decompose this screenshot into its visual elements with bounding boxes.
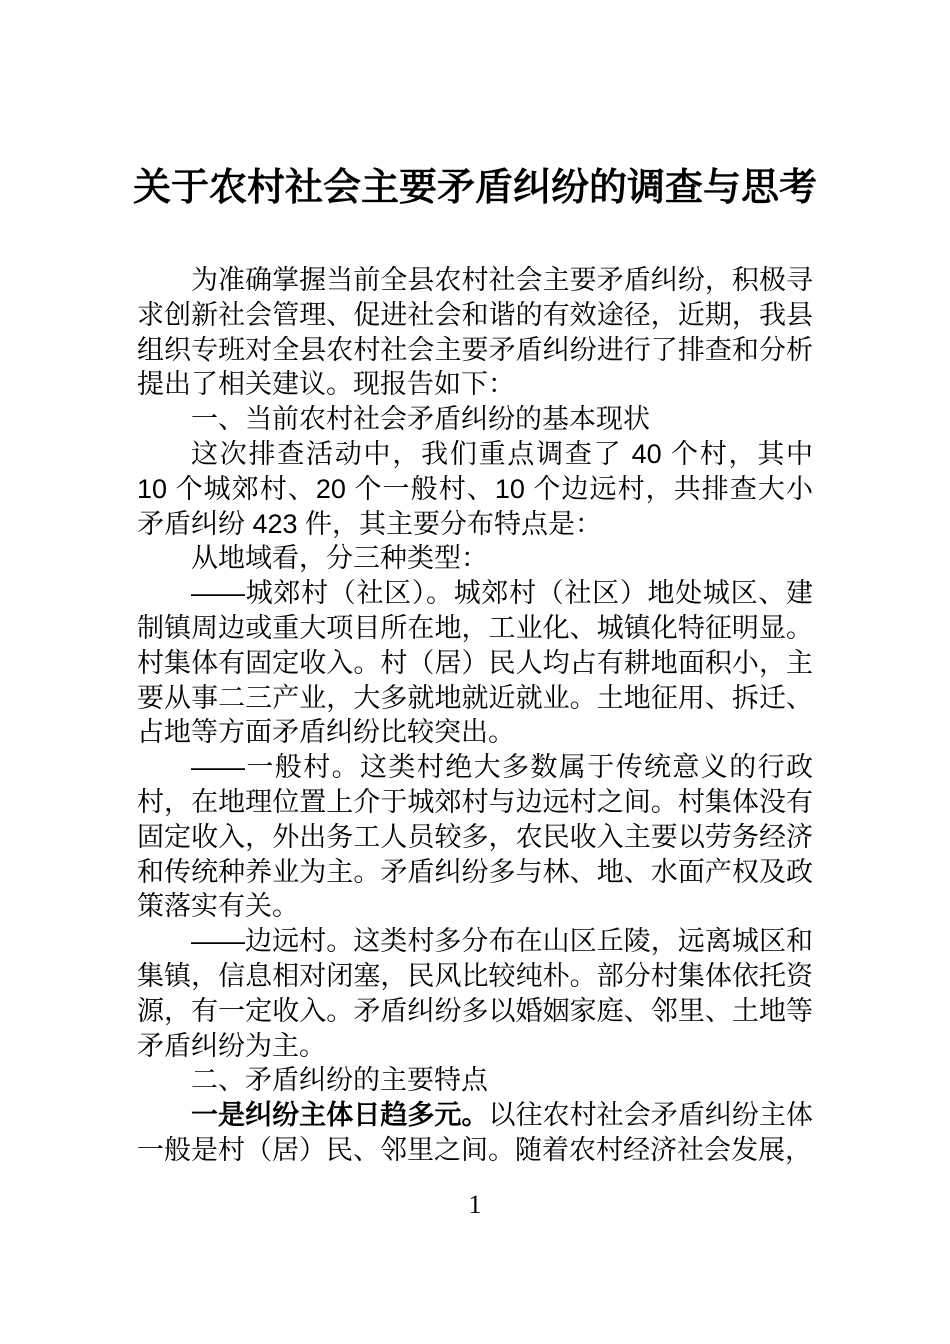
paragraph: ——城郊村（社区）。城郊村（社区）地处城区、建制镇周边或重大项目所在地，工业化、… <box>137 576 813 750</box>
paragraph: 从地域看，分三种类型： <box>137 541 813 576</box>
paragraph: ——一般村。这类村绝大多数属于传统意义的行政村，在地理位置上介于城郊村与边远村之… <box>137 750 813 924</box>
document-page: 关于农村社会主要矛盾纠纷的调查与思考 为准确掌握当前全县农村社会主要矛盾纠纷，积… <box>0 0 950 1344</box>
page-footer: 1 <box>0 1188 950 1222</box>
page-number: 1 <box>469 1190 482 1219</box>
section-heading: 二、矛盾纠纷的主要特点 <box>137 1063 813 1098</box>
document-body: 为准确掌握当前全县农村社会主要矛盾纠纷，积极寻求创新社会管理、促进社会和谐的有效… <box>137 263 813 1168</box>
paragraph: ——边远村。这类村多分布在山区丘陵，远离城区和集镇，信息相对闭塞，民风比较纯朴。… <box>137 924 813 1063</box>
paragraph: 为准确掌握当前全县农村社会主要矛盾纠纷，积极寻求创新社会管理、促进社会和谐的有效… <box>137 263 813 402</box>
paragraph-bold-lead: 一是纠纷主体日趋多元。 <box>191 1100 489 1130</box>
document-title: 关于农村社会主要矛盾纠纷的调查与思考 <box>0 0 950 213</box>
section-heading: 一、当前农村社会矛盾纠纷的基本现状 <box>137 402 813 437</box>
paragraph: 一是纠纷主体日趋多元。以往农村社会矛盾纠纷主体一般是村（居）民、邻里之间。随着农… <box>137 1098 813 1168</box>
paragraph: 这次排查活动中，我们重点调查了 40 个村，其中 10 个城郊村、20 个一般村… <box>137 437 813 541</box>
